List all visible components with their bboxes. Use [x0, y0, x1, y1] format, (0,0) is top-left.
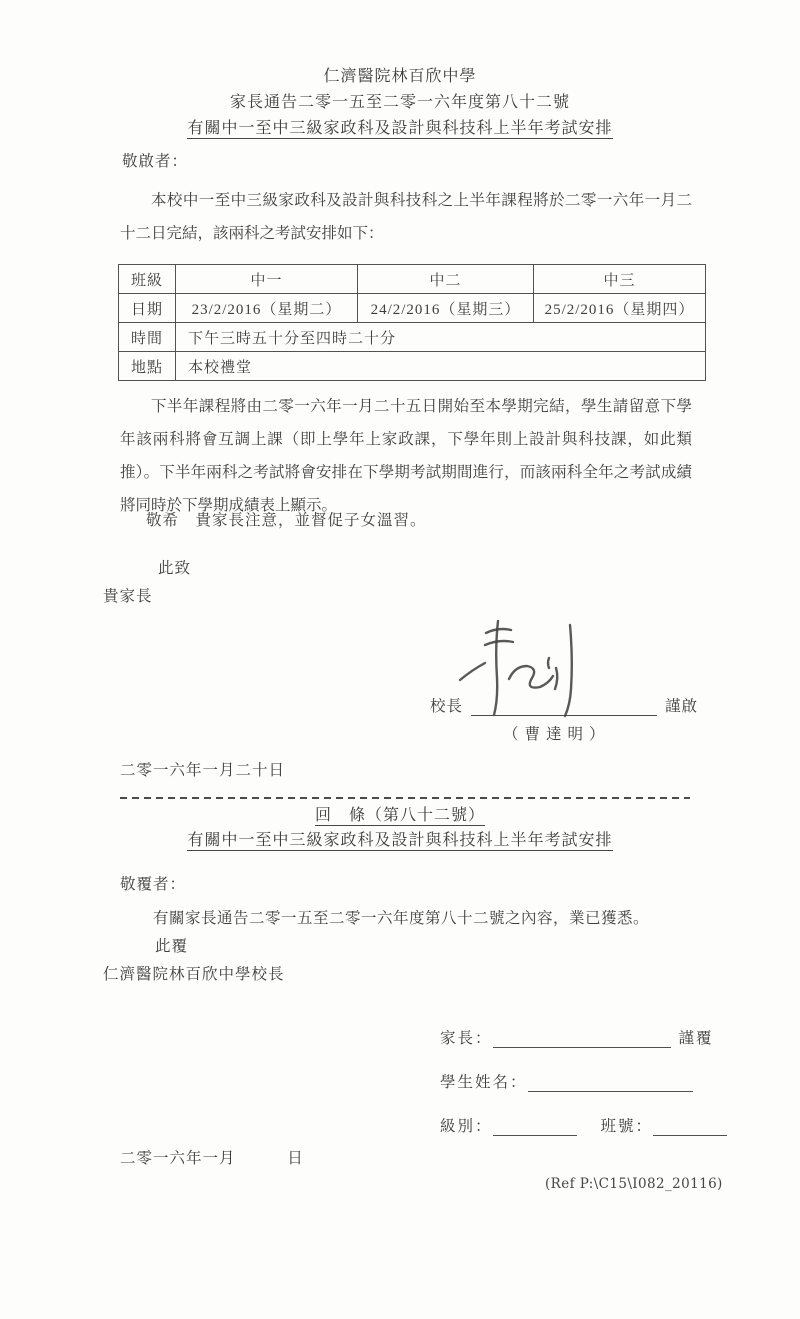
reply-date-suffix: 日 — [287, 1150, 304, 1167]
table-row-venue: 地點 本校禮堂 — [119, 352, 706, 381]
parent-signature-field — [493, 1028, 671, 1048]
reply-date-row: 二零一六年一月 日 — [120, 1146, 304, 1168]
reply-date-prefix: 二零一六年一月 — [120, 1150, 236, 1167]
signature-line — [471, 696, 657, 716]
parent-respectfully-label: 謹覆 — [679, 1026, 714, 1048]
reply-slip-title: 回 條（第八十二號） — [0, 803, 800, 828]
notice-date: 二零一六年一月二十日 — [120, 758, 285, 780]
principal-name: （曹達明） — [503, 722, 611, 744]
reply-slip-subject: 有關中一至中三級家政科及設計與科技科上半年考試安排 — [0, 828, 800, 853]
salutation: 敬啟者： — [122, 149, 188, 171]
notice-document: 仁濟醫院林百欣中學 家長通告二零一五至二零一六年度第八十二號 有關中一至中三級家… — [0, 0, 800, 1319]
notice-subject: 有關中一至中三級家政科及設計與科技科上半年考試安排 — [0, 116, 800, 142]
date-label-cell: 日期 — [119, 294, 176, 323]
date-cell-f1: 23/2/2016（星期二） — [176, 294, 358, 323]
class-info-row: 級別： 班號： — [440, 1114, 727, 1136]
reply-acknowledgement: 有關家長通告二零一五至二零一六年度第八十二號之內容，業已獲悉。 — [153, 906, 649, 928]
reply-slip-heading: 回 條（第八十二號） 有關中一至中三級家政科及設計與科技科上半年考試安排 — [0, 803, 800, 853]
note-line: 敬希 貴家長注意，並督促子女溫習。 — [146, 508, 427, 530]
exam-table: 班級 中一 中二 中三 日期 23/2/2016（星期二） 24/2/2016（… — [118, 264, 706, 381]
principal-signature-row: 校長 謹啟 — [430, 694, 698, 716]
reply-salutation: 敬覆者： — [120, 872, 186, 894]
class-level-label: 級別： — [440, 1114, 493, 1136]
class-cell-f3: 中三 — [534, 265, 706, 294]
table-row-date: 日期 23/2/2016（星期二） 24/2/2016（星期三） 25/2/20… — [119, 294, 706, 323]
class-cell-f2: 中二 — [358, 265, 534, 294]
table-row-time: 時間 下午三時五十分至四時二十分 — [119, 323, 706, 352]
principal-label: 校長 — [430, 694, 463, 716]
parent-signature-row: 家長： 謹覆 — [440, 1026, 714, 1048]
time-label-cell: 時間 — [119, 323, 176, 352]
reference-code: (Ref P:\C15\I082_20116) — [545, 1176, 723, 1192]
date-cell-f3: 25/2/2016（星期四） — [534, 294, 706, 323]
parent-label: 家長： — [440, 1026, 493, 1048]
student-name-row: 學生姓名： — [440, 1070, 693, 1092]
reply-addressee: 仁濟醫院林百欣中學校長 — [103, 962, 285, 984]
letterhead: 仁濟醫院林百欣中學 家長通告二零一五至二零一六年度第八十二號 有關中一至中三級家… — [0, 64, 800, 142]
notice-number-line: 家長通告二零一五至二零一六年度第八十二號 — [0, 90, 800, 116]
student-name-label: 學生姓名： — [440, 1070, 528, 1092]
tear-off-divider — [120, 797, 690, 799]
date-cell-f2: 24/2/2016（星期三） — [358, 294, 534, 323]
paragraph-exam-intro: 本校中一至中三級家政科及設計與科技科之上半年課程將於二零一六年一月二十二日完結，… — [120, 184, 692, 250]
venue-label-cell: 地點 — [119, 352, 176, 381]
student-name-field — [528, 1072, 693, 1092]
reply-closing: 此覆 — [155, 934, 188, 956]
class-level-field — [493, 1116, 577, 1136]
time-value-cell: 下午三時五十分至四時二十分 — [176, 323, 706, 352]
class-number-label: 班號： — [601, 1114, 654, 1136]
closing-phrase: 此致 — [158, 556, 191, 578]
class-number-field — [653, 1116, 727, 1136]
addressee-parents: 貴家長 — [103, 584, 153, 606]
school-name: 仁濟醫院林百欣中學 — [0, 64, 800, 90]
respectfully-label: 謹啟 — [665, 694, 698, 716]
venue-value-cell: 本校禮堂 — [176, 352, 706, 381]
class-cell-f1: 中一 — [176, 265, 358, 294]
class-label-cell: 班級 — [119, 265, 176, 294]
paragraph-second-term: 下半年課程將由二零一六年一月二十五日開始至本學期完結，學生請留意下學年該兩科將會… — [120, 390, 692, 522]
table-row-class: 班級 中一 中二 中三 — [119, 265, 706, 294]
